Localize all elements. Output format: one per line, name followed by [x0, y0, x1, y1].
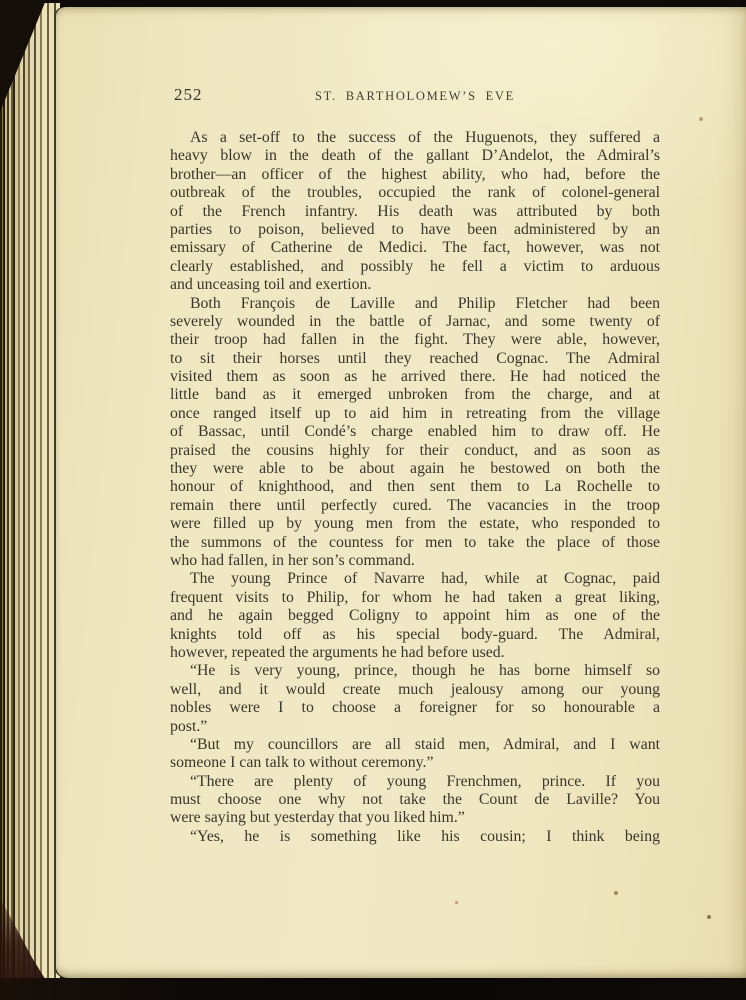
paragraph: The young Prince of Navarre had, while a…	[170, 570, 660, 662]
text-line: however, repeated the arguments he had b…	[170, 644, 660, 662]
text-line: nobles were I to choose a foreigner for …	[170, 699, 660, 717]
text-line: and unceasing toil and exertion.	[170, 276, 660, 294]
paper-speck	[614, 891, 618, 895]
text-line: honour of knighthood, and then sent them…	[170, 478, 660, 496]
text-line: they were able to be about again he best…	[170, 460, 660, 478]
text-line: frequent visits to Philip, for whom he h…	[170, 589, 660, 607]
text-line: severely wounded in the battle of Jarnac…	[170, 313, 660, 331]
book-fore-edge-pages	[0, 3, 60, 989]
paragraph: “But my councillors are all staid men, A…	[170, 736, 660, 773]
text-line: the summons of the countess for men to t…	[170, 534, 660, 552]
text-line: who had fallen, in her son’s command.	[170, 552, 660, 570]
text-line: of the French infantry. His death was at…	[170, 203, 660, 221]
text-line: someone I can talk to without ceremony.”	[170, 754, 660, 772]
text-line: “But my councillors are all staid men, A…	[170, 736, 660, 754]
text-line: were saying but yesterday that you liked…	[170, 809, 660, 827]
book-scan: 252 ST. BARTHOLOMEW’S EVE As a set-off t…	[0, 0, 746, 1000]
paragraph: “He is very young, prince, though he has…	[170, 662, 660, 736]
text-line: Both François de Laville and Philip Flet…	[170, 295, 660, 313]
paragraph: “There are plenty of young Frenchmen, pr…	[170, 773, 660, 828]
text-line: of Bassac, until Condé’s charge enabled …	[170, 423, 660, 441]
text-line: and he again begged Coligny to appoint h…	[170, 607, 660, 625]
text-block: As a set-off to the success of the Hugue…	[170, 129, 660, 846]
text-line: praised the cousins highly for their con…	[170, 442, 660, 460]
text-line: visited them as soon as he arrived there…	[170, 368, 660, 386]
paragraph: Both François de Laville and Philip Flet…	[170, 295, 660, 571]
text-line: were filled up by young men from the est…	[170, 515, 660, 533]
text-line: clearly established, and possibly he fel…	[170, 258, 660, 276]
text-line: must choose one why not take the Count d…	[170, 791, 660, 809]
text-line: “He is very young, prince, though he has…	[170, 662, 660, 680]
text-line: “There are plenty of young Frenchmen, pr…	[170, 773, 660, 791]
paper-speck	[699, 117, 703, 121]
text-line: heavy blow in the death of the gallant D…	[170, 147, 660, 165]
scan-background-bottom	[0, 978, 746, 1000]
text-line: to sit their horses until they reached C…	[170, 350, 660, 368]
text-line: well, and it would create much jealousy …	[170, 681, 660, 699]
screenshot-root: { "page": { "number": "252", "running_he…	[0, 0, 746, 1000]
text-line: once ranged itself up to aid him in retr…	[170, 405, 660, 423]
text-line: “Yes, he is something like his cousin; I…	[170, 828, 660, 846]
text-line: outbreak of the troubles, occupied the r…	[170, 184, 660, 202]
paper-speck	[455, 901, 458, 904]
paragraph: As a set-off to the success of the Hugue…	[170, 129, 660, 295]
text-line: The young Prince of Navarre had, while a…	[170, 570, 660, 588]
text-line: knights told off as his special body-gua…	[170, 626, 660, 644]
text-line: emissary of Catherine de Medici. The fac…	[170, 239, 660, 257]
text-line: their troop had fallen in the fight. The…	[170, 331, 660, 349]
text-line: parties to poison, believed to have been…	[170, 221, 660, 239]
paper-speck	[707, 915, 711, 919]
running-header: ST. BARTHOLOMEW’S EVE	[170, 89, 660, 104]
text-line: brother—an officer of the highest abilit…	[170, 166, 660, 184]
book-page: 252 ST. BARTHOLOMEW’S EVE As a set-off t…	[56, 7, 746, 978]
paragraph: “Yes, he is something like his cousin; I…	[170, 828, 660, 846]
page-header: 252 ST. BARTHOLOMEW’S EVE	[170, 85, 660, 107]
text-line: As a set-off to the success of the Hugue…	[170, 129, 660, 147]
text-line: post.”	[170, 718, 660, 736]
text-line: remain there until perfectly cured. The …	[170, 497, 660, 515]
text-line: little band as it emerged unbroken from …	[170, 386, 660, 404]
